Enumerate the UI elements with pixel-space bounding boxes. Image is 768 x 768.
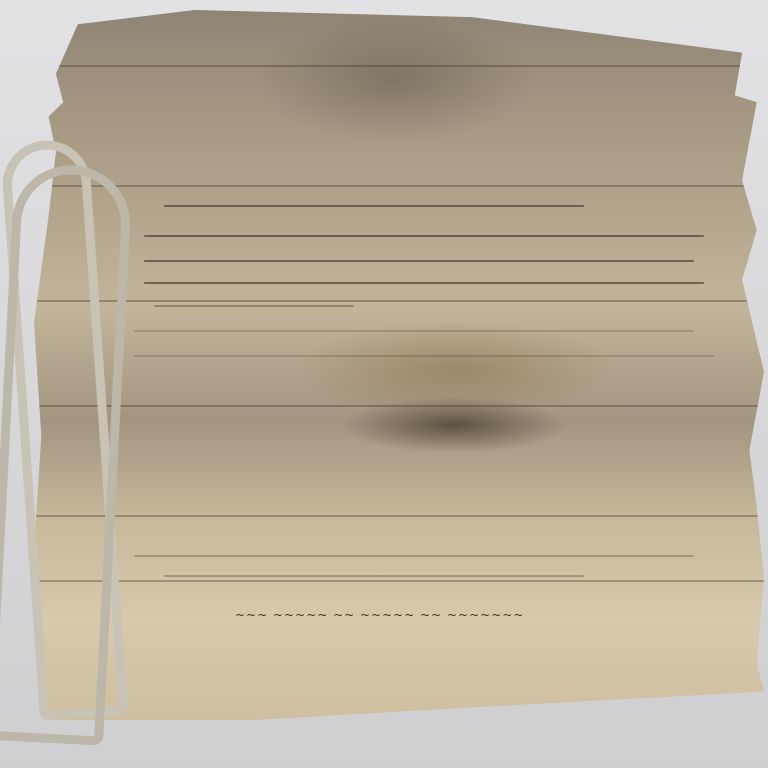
- handwriting-line: [164, 205, 584, 207]
- handwriting-line: [154, 305, 354, 307]
- fold-line: [34, 405, 764, 407]
- fold-line: [34, 300, 764, 302]
- handwriting-line: [144, 260, 694, 262]
- handwriting-line: [164, 575, 584, 577]
- handwriting-line: [144, 282, 704, 284]
- fold-line: [34, 580, 764, 582]
- handwriting-line: [134, 555, 694, 557]
- fold-line: [34, 65, 764, 67]
- signature-line: ~~~ ~~~~~ ~~ ~~~~~ ~~ ~~~~~~~: [235, 608, 580, 622]
- fold-line: [34, 515, 764, 517]
- fold-line: [34, 185, 764, 187]
- handwriting-line: [134, 355, 714, 357]
- handwriting-line: [134, 330, 694, 332]
- handwriting-line: [144, 235, 704, 237]
